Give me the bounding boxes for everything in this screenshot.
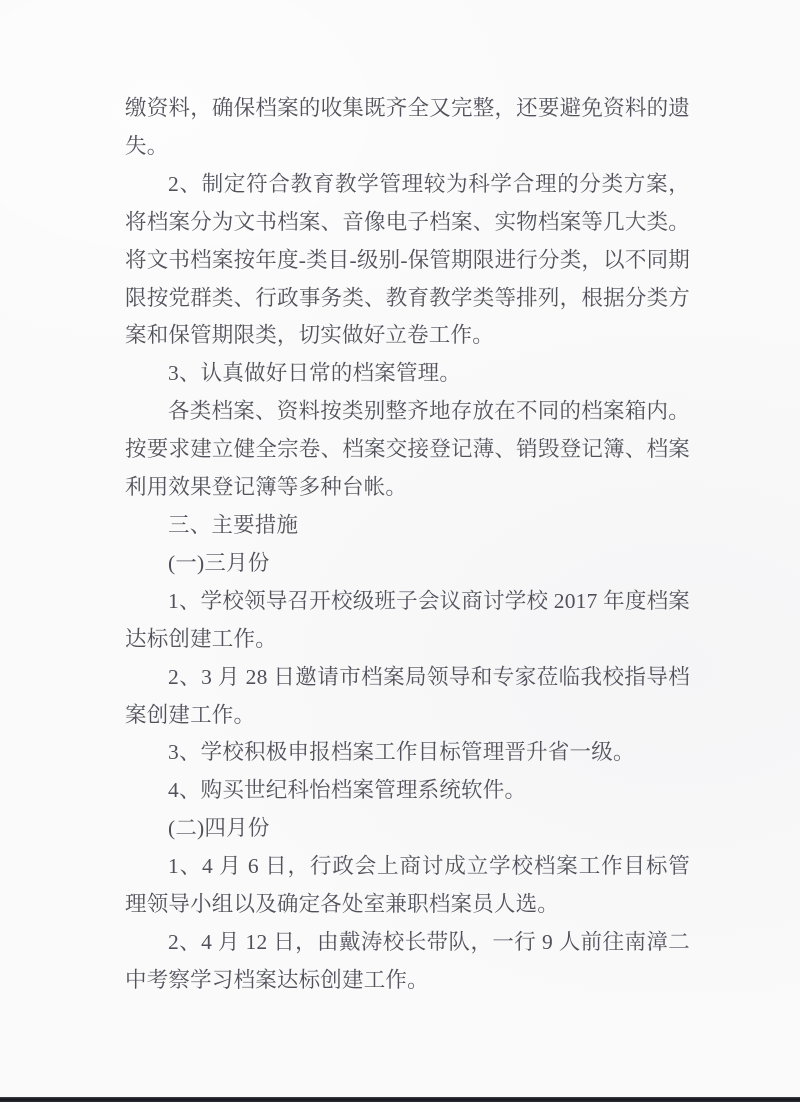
paragraph: 2、制定符合教育教学管理较为科学合理的分类方案，将档案分为文书档案、音像电子档案… xyxy=(125,166,690,356)
scanned-document-page: 缴资料，确保档案的收集既齐全又完整，还要避免资料的遗失。2、制定符合教育教学管理… xyxy=(0,0,800,1109)
scan-bottom-margin xyxy=(0,1102,800,1109)
paragraph: 1、学校领导召开校级班子会议商讨学校 2017 年度档案达标创建工作。 xyxy=(125,583,690,659)
paragraph: 4、购买世纪科怡档案管理系统软件。 xyxy=(125,772,690,810)
paragraph: (一)三月份 xyxy=(125,545,690,583)
paragraph: 3、认真做好日常的档案管理。 xyxy=(125,355,690,393)
paragraph: (二)四月份 xyxy=(125,810,690,848)
paragraph: 缴资料，确保档案的收集既齐全又完整，还要避免资料的遗失。 xyxy=(125,90,690,166)
paragraph: 1、4 月 6 日，行政会上商讨成立学校档案工作目标管理领导小组以及确定各处室兼… xyxy=(125,848,690,924)
document-text: 缴资料，确保档案的收集既齐全又完整，还要避免资料的遗失。2、制定符合教育教学管理… xyxy=(125,90,690,1000)
paragraph: 2、3 月 28 日邀请市档案局领导和专家莅临我校指导档案创建工作。 xyxy=(125,659,690,735)
paragraph: 各类档案、资料按类别整齐地存放在不同的档案箱内。按要求建立健全宗卷、档案交接登记… xyxy=(125,393,690,507)
paragraph: 2、4 月 12 日，由戴涛校长带队，一行 9 人前往南漳二中考察学习档案达标创… xyxy=(125,924,690,1000)
paragraph: 3、学校积极申报档案工作目标管理晋升省一级。 xyxy=(125,734,690,772)
paragraph: 三、主要措施 xyxy=(125,507,690,545)
